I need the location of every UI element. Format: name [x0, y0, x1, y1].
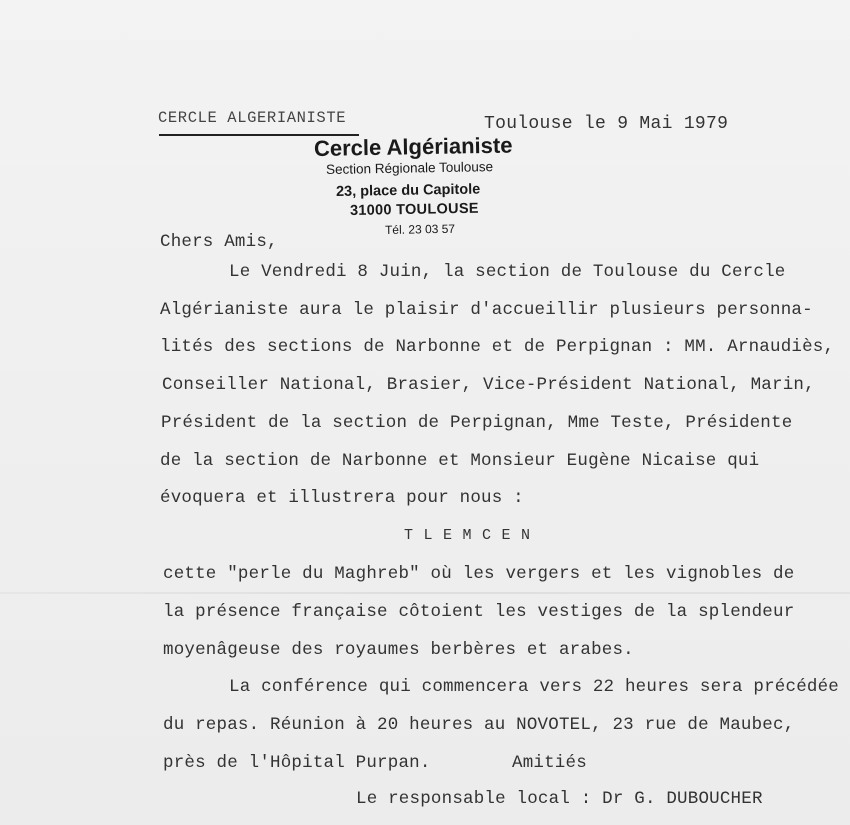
body-line: évoquera et illustrera pour nous : [160, 490, 524, 508]
organization-header: CERCLE ALGERIANISTE [158, 111, 346, 127]
body-line: lités des sections de Narbonne et de Per… [160, 339, 834, 357]
stamp-address: 23, place du Capitole [336, 182, 480, 199]
body-line: Conseiller National, Brasier, Vice-Prési… [162, 377, 815, 395]
event-line: La conférence qui commencera vers 22 heu… [229, 679, 839, 697]
description-line: la présence française côtoient les vesti… [163, 604, 794, 622]
stamp-telephone: Tél. 23 03 57 [385, 223, 455, 236]
greeting: Chers Amis, [160, 234, 278, 252]
stamp-organization-name: Cercle Algérianiste [314, 135, 513, 160]
description-line: moyenâgeuse des royaumes berbères et ara… [163, 642, 634, 660]
paper-fold-line [0, 592, 850, 594]
stamp-city: 31000 TOULOUSE [350, 202, 479, 219]
body-line: de la section de Narbonne et Monsieur Eu… [160, 453, 759, 471]
closing-salutation: Amitiés [512, 755, 587, 773]
event-line: près de l'Hôpital Purpan. [163, 755, 431, 773]
stamp-section: Section Régionale Toulouse [326, 160, 493, 176]
body-line: Le Vendredi 8 Juin, la section de Toulou… [229, 264, 786, 282]
place-and-date: Toulouse le 9 Mai 1979 [484, 115, 728, 133]
conference-title: TLEMCEN [404, 528, 541, 543]
body-line: Algérianiste aura le plaisir d'accueilli… [160, 302, 813, 320]
description-line: cette "perle du Maghreb" où les vergers … [163, 566, 794, 584]
signature-line: Le responsable local : Dr G. DUBOUCHER [356, 791, 763, 809]
event-line: du repas. Réunion à 20 heures au NOVOTEL… [163, 717, 794, 735]
body-line: Président de la section de Perpignan, Mm… [161, 415, 792, 433]
